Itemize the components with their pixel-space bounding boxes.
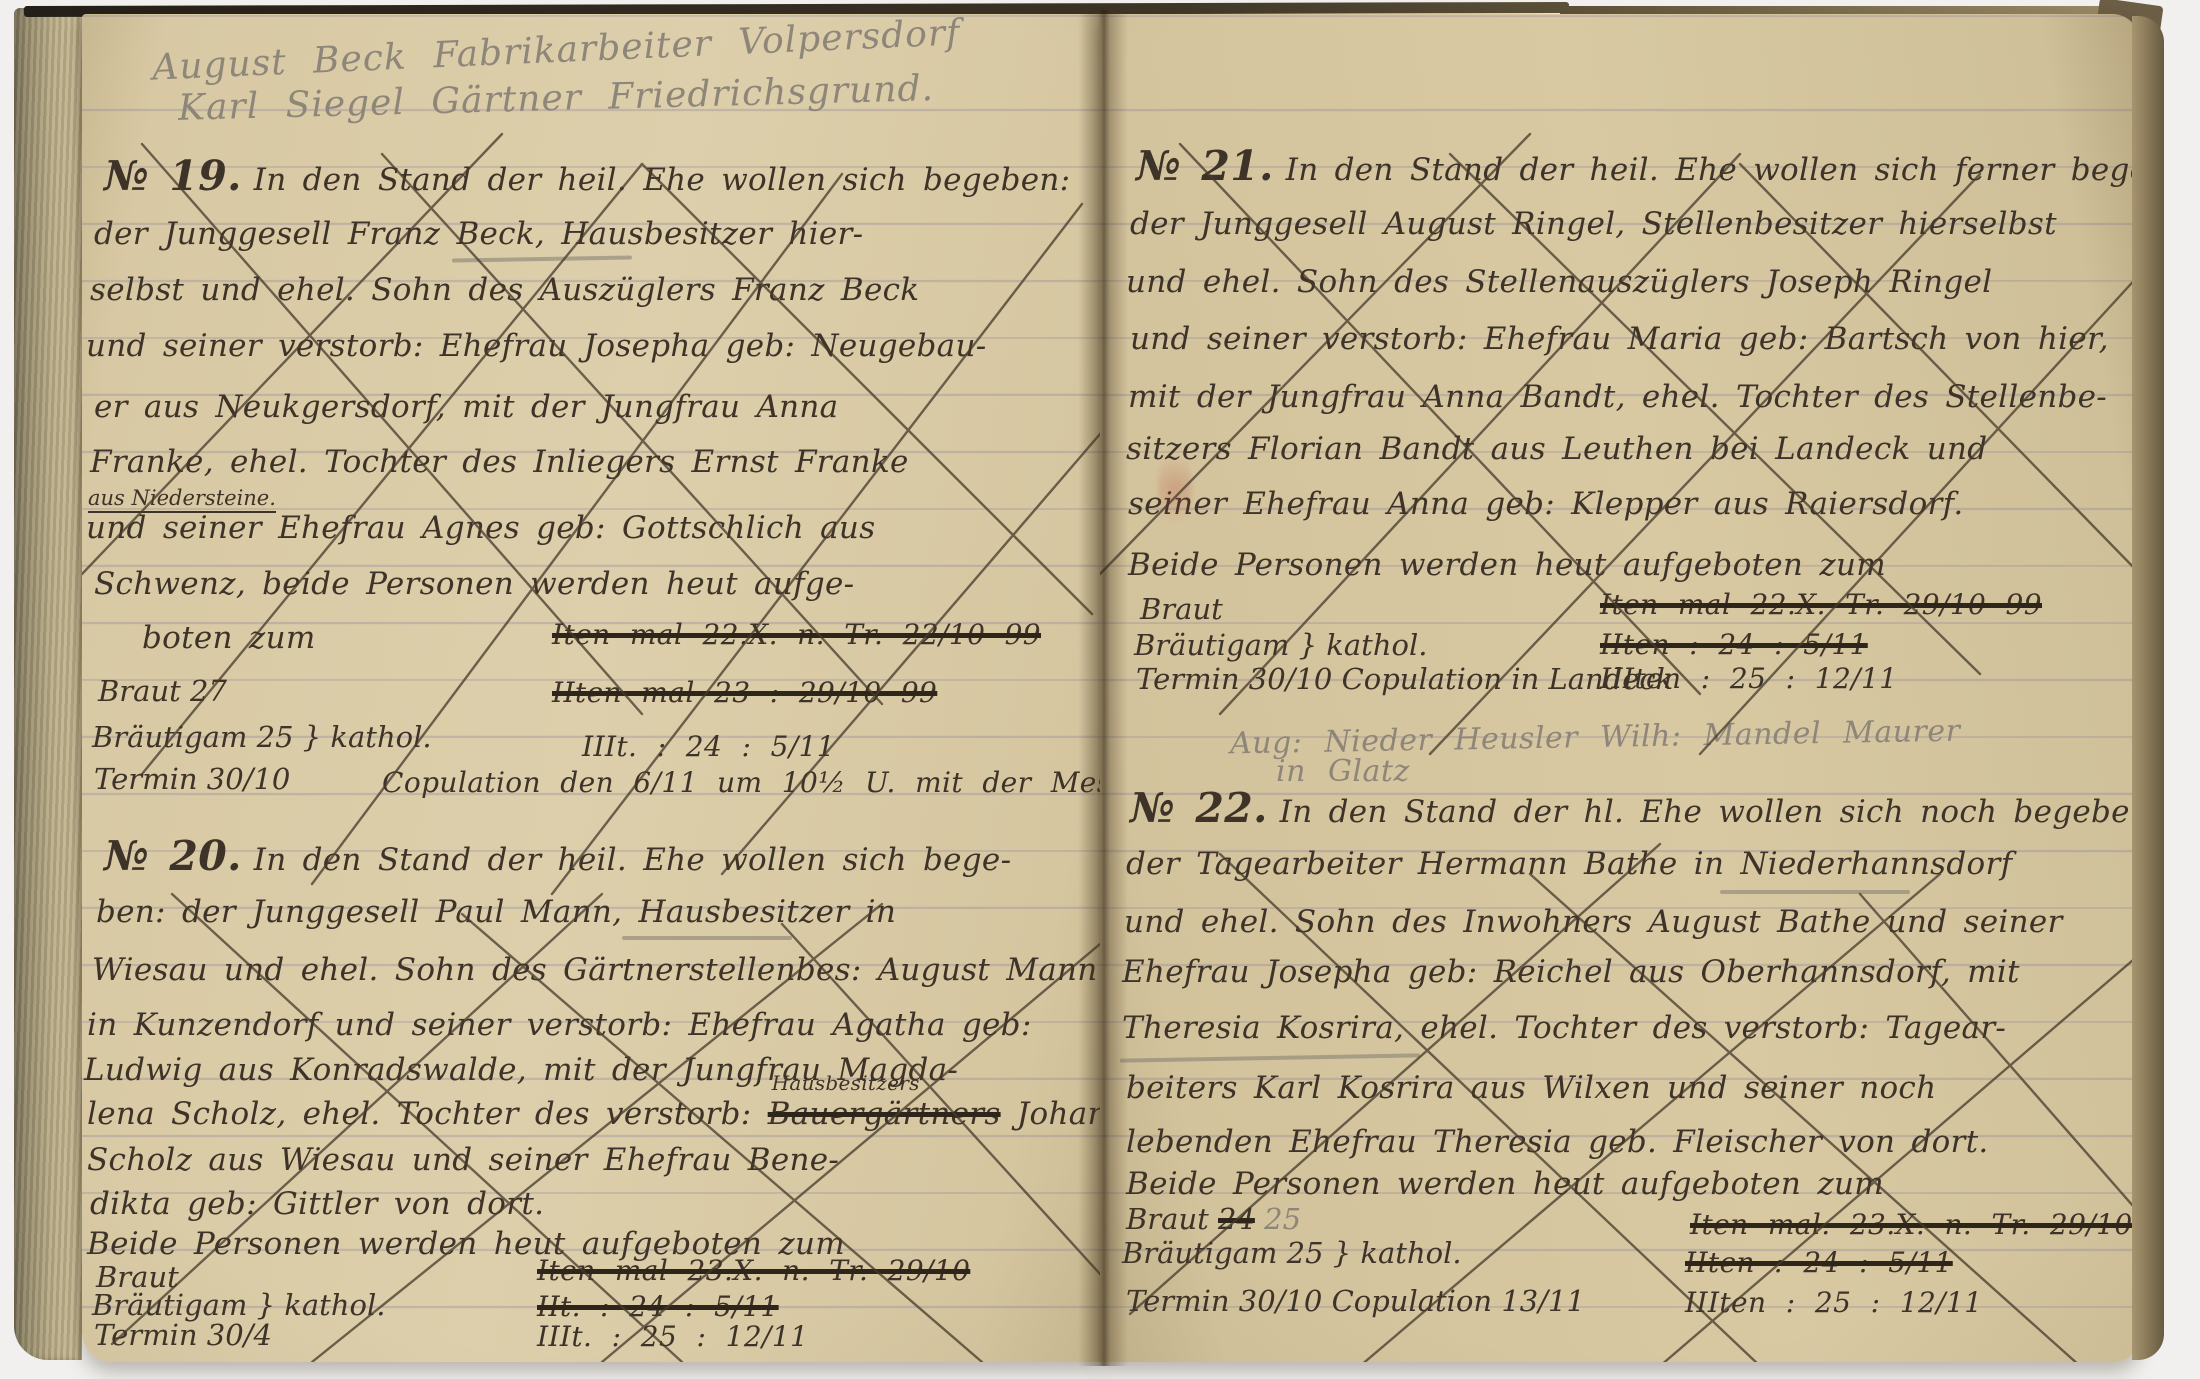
- entry-22-line-4: Ehefrau Josepha geb: Reichel aus Oberhan…: [1122, 954, 2020, 990]
- entry-19-margin-groom-age: Bräutigam 25 } kathol.: [92, 720, 432, 754]
- entry-22-line-1-text: In den Stand der hl. Ehe wollen sich noc…: [1280, 794, 2140, 830]
- entry-22-margin-termin: Termin 30/10 Copulation 13/11: [1126, 1284, 1585, 1318]
- open-register-book: August Beck Fabrikarbeiter Volpersdorf K…: [0, 0, 2200, 1379]
- entry-21-line-8: Beide Personen werden heut aufgeboten zu…: [1128, 547, 1886, 583]
- entry-22-banns-row-2: IIten : 24 : 5/11: [1685, 1246, 1953, 1279]
- pencil-underline-franz-beck: [452, 255, 632, 262]
- entry-19-line-5: er aus Neukgersdorf, mit der Jungfrau An…: [94, 389, 838, 425]
- scanned-register-spread: August Beck Fabrikarbeiter Volpersdorf K…: [0, 0, 2200, 1379]
- entry-20-line-6: lena Scholz, ehel. Tochter des verstorb:…: [87, 1096, 1100, 1132]
- entry-20-number: № 20.: [104, 832, 242, 880]
- entry-22-line-2: der Tagearbeiter Hermann Bathe in Nieder…: [1126, 846, 2012, 882]
- entry-21-line-7: seiner Ehefrau Anna geb: Klepper aus Rai…: [1128, 486, 1963, 522]
- entry-22-margin-bride-age: Braut 24 25: [1126, 1202, 1301, 1236]
- entry-19-line-7: und seiner Ehefrau Agnes geb: Gottschlic…: [86, 510, 875, 546]
- entry-20-margin-groom: Bräutigam } kathol.: [92, 1288, 385, 1322]
- entry-22-margin-groom-age: Bräutigam 25 } kathol.: [1122, 1236, 1462, 1270]
- entry-19-line-6: Franke, ehel. Tochter des Inliegers Erns…: [90, 444, 909, 480]
- entry-21-line-3: und ehel. Sohn des Stellenauszüglers Jos…: [1126, 264, 1992, 300]
- entry-22-line-1: № 22.In den Stand der hl. Ehe wollen sic…: [1130, 784, 2140, 832]
- entry-21-margin-bride: Braut: [1140, 592, 1223, 626]
- entry-19-banns-row-1: Iten mal 22.X. n. Tr. 22/10 99: [552, 618, 1041, 651]
- entry-21-line-6: sitzers Florian Bandt aus Leuthen bei La…: [1126, 431, 1987, 467]
- red-ink-smudge: [1158, 444, 1192, 534]
- entry-19-banns-row-2: IIten mal 23 : 29/10 99: [552, 676, 937, 709]
- entry-20-corrected-word: BauergärtnersHausbesitzers: [768, 1096, 1001, 1132]
- entry-21-number: № 21.: [1136, 142, 1274, 190]
- entry-20-line-1: № 20.In den Stand der heil. Ehe wollen s…: [104, 832, 1011, 880]
- entry-20-banns-row-3: IIIt. : 25 : 12/11: [537, 1320, 808, 1353]
- entry-19-number: № 19.: [104, 152, 242, 200]
- entry-19-copulation-note: Copulation den 6/11 um 10½ U. mit der Me…: [382, 766, 1100, 799]
- entry-19-line-8: Schwenz, beide Personen werden heut aufg…: [94, 566, 854, 602]
- entry-20-line-4: in Kunzendorf und seiner verstorb: Ehefr…: [87, 1007, 1032, 1043]
- entry-21-line-4: und seiner verstorb: Ehefrau Maria geb: …: [1130, 321, 2109, 357]
- pencil-underline-paul-mann: [622, 936, 792, 940]
- entry-19-line-1: № 19.In den Stand der heil. Ehe wollen s…: [104, 152, 1070, 200]
- entry-21-banns-row-2: IIten : 24 : 5/11: [1600, 628, 1868, 661]
- entry-19-line-9: boten zum: [142, 620, 316, 656]
- entry-22-bride-label: Braut: [1126, 1202, 1209, 1236]
- entry-20-banns-row-1: Iten mal 23.X. n. Tr. 29/10: [537, 1254, 970, 1287]
- entry-21-margin-termin: Termin 30/10 Copulation in Landeck: [1136, 662, 1673, 696]
- entry-19-place-note: aus Niedersteine.: [88, 486, 276, 513]
- pencil-underline-hermann-bathe: [1720, 890, 1910, 894]
- entry-19-line-1-text: In den Stand der heil. Ehe wollen sich b…: [254, 162, 1071, 198]
- entry-22-bride-age-struck: 24: [1218, 1202, 1255, 1236]
- right-page: № 21.In den Stand der heil. Ehe wollen s…: [1100, 14, 2140, 1362]
- entry-22-line-7: lebenden Ehefrau Theresia geb. Fleischer…: [1126, 1124, 1989, 1160]
- left-page: August Beck Fabrikarbeiter Volpersdorf K…: [82, 14, 1100, 1362]
- entry-22-line-6: beiters Karl Kosrira aus Wilxen und sein…: [1126, 1070, 1936, 1106]
- entry-19-margin-bride-age: Braut 27: [98, 674, 227, 708]
- entry-20-line-1-text: In den Stand der heil. Ehe wollen sich b…: [254, 842, 1012, 878]
- entry-22-banns-row-1: Iten mal. 23.X. n. Tr. 29/10: [1690, 1208, 2133, 1241]
- entry-21-line-1: № 21.In den Stand der heil. Ehe wollen s…: [1136, 142, 2140, 190]
- entry-20-line-6-tail: Johann: [1017, 1096, 1100, 1132]
- page-stack-fore-edge-left: [14, 8, 82, 1360]
- entry-21-banns-row-3: IIIten : 25 : 12/11: [1600, 662, 1897, 695]
- entry-19-margin-termin: Termin 30/10: [94, 762, 290, 796]
- entry-21-line-5: mit der Jungfrau Anna Bandt, ehel. Tocht…: [1128, 379, 2107, 415]
- entry-20-inserted-word: Hausbesitzers: [772, 1071, 920, 1095]
- entry-19-line-2: der Junggesell Franz Beck, Hausbesitzer …: [94, 216, 863, 252]
- entry-21-line-2: der Junggesell August Ringel, Stellenbes…: [1130, 206, 2057, 242]
- entry-19-line-4: und seiner verstorb: Ehefrau Josepha geb…: [86, 328, 987, 364]
- entry-20-margin-termin: Termin 30/4: [94, 1318, 272, 1352]
- pencil-underline-theresia-kosrira: [1120, 1053, 1420, 1062]
- entry-20-line-7: Scholz aus Wiesau und seiner Ehefrau Ben…: [87, 1142, 839, 1178]
- entry-22-line-8: Beide Personen werden heut aufgeboten zu…: [1126, 1166, 1884, 1202]
- entry-19-line-3: selbst und ehel. Sohn des Auszüglers Fra…: [90, 272, 919, 308]
- entry-22-line-5: Theresia Kosrira, ehel. Tochter des vers…: [1122, 1010, 2006, 1046]
- entry-21-banns-row-1: Iten mal 22.X. Tr. 29/10 99: [1600, 588, 2042, 621]
- entry-21-line-1-text: In den Stand der heil. Ehe wollen sich f…: [1286, 152, 2140, 188]
- entry-22-bride-age-pencil: 25: [1264, 1202, 1301, 1236]
- entry-22-line-3: und ehel. Sohn des Inwohners August Bath…: [1124, 904, 2063, 940]
- entry-20-struck-word: Bauergärtners: [768, 1096, 1001, 1132]
- entry-20-line-2: ben: der Junggesell Paul Mann, Hausbesit…: [96, 894, 896, 930]
- entry-22-number: № 22.: [1130, 784, 1268, 832]
- entry-20-line-6-pre: lena Scholz, ehel. Tochter des verstorb:: [87, 1096, 752, 1132]
- entry-20-line-8: dikta geb: Gittler von dort.: [90, 1186, 544, 1222]
- entry-19-banns-row-3: IIIt. : 24 : 5/11: [582, 730, 835, 763]
- entry-22-banns-row-3: IIIten : 25 : 12/11: [1685, 1286, 1982, 1319]
- entry-20-line-3: Wiesau und ehel. Sohn des Gärtnerstellen…: [92, 952, 1098, 988]
- page-block-fore-edge-right: [2132, 16, 2164, 1360]
- entry-21-margin-groom: Bräutigam } kathol.: [1134, 628, 1427, 662]
- entry-20-banns-row-2: IIt. : 24 : 5/11: [537, 1290, 779, 1323]
